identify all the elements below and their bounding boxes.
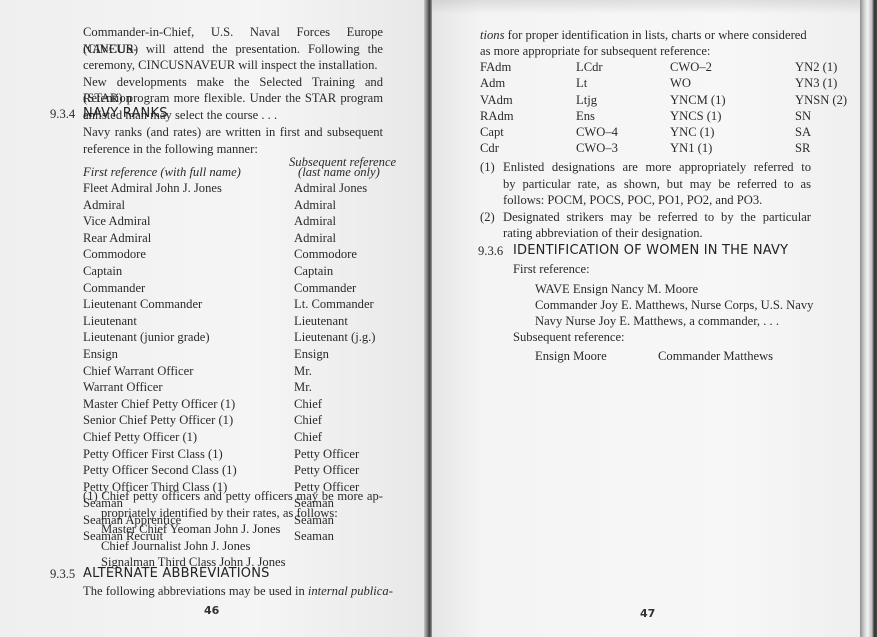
intro-line: NAVEUR) will attend the presentation. Fo…	[83, 41, 383, 58]
note-line: Designated strikers may be referred to b…	[503, 209, 811, 226]
abbreviation-cell: YN2 (1)	[795, 59, 837, 75]
abbreviation-cell: LCdr	[576, 59, 603, 75]
rank-subsequent-reference: Admiral	[294, 230, 336, 247]
section-body-line: Navy ranks (and rates) are written in fi…	[83, 124, 383, 141]
continuation-line: tions for proper identification in lists…	[480, 27, 807, 44]
section-title-navy-ranks: NAVY RANKS	[83, 106, 168, 123]
rank-subsequent-reference: Chief	[294, 412, 322, 429]
rank-first-reference: Ensign	[83, 346, 118, 363]
subsequent-subheader: (last name only)	[298, 164, 380, 181]
footnote-line: propriately identified by their rates, a…	[101, 505, 338, 522]
book-spread: Commander-in-Chief, U.S. Naval Forces Eu…	[0, 0, 877, 637]
rank-subsequent-reference: Lieutenant	[294, 313, 348, 330]
rank-subsequent-reference: Lieutenant (j.g.)	[294, 329, 375, 346]
abbreviation-cell: WO	[670, 75, 691, 91]
note-line: Enlisted designations are more appropria…	[503, 159, 811, 176]
rank-first-reference: Warrant Officer	[83, 379, 163, 396]
abbreviation-cell: SR	[795, 140, 810, 156]
section-number: 9.3.4	[50, 106, 75, 123]
rank-subsequent-reference: Seaman	[294, 528, 334, 545]
rank-subsequent-reference: Petty Officer	[294, 446, 359, 463]
continuation-italic: tions	[480, 28, 505, 42]
note-marker: (2)	[480, 209, 495, 226]
page-number: 46	[204, 604, 219, 617]
rank-first-reference: Rear Admiral	[83, 230, 151, 247]
book-edge	[860, 0, 877, 637]
footnote-line: (1) Chief petty officers and petty offic…	[83, 488, 383, 505]
rank-subsequent-reference: Petty Officer	[294, 462, 359, 479]
first-reference-example: Commander Joy E. Matthews, Nurse Corps, …	[535, 297, 813, 314]
section-number: 9.3.6	[478, 243, 503, 260]
abbreviation-cell: Adm	[480, 75, 505, 91]
note-line: by particular rate, as shown, but may be…	[503, 176, 811, 193]
abbreviation-cell: FAdm	[480, 59, 511, 75]
rank-subsequent-reference: Ensign	[294, 346, 329, 363]
rank-subsequent-reference: Mr.	[294, 379, 312, 396]
rank-first-reference: Vice Admiral	[83, 213, 150, 230]
rank-subsequent-reference: Commodore	[294, 246, 357, 263]
abbreviation-cell: CWO–2	[670, 59, 712, 75]
abbreviation-cell: YNCS (1)	[670, 108, 721, 124]
page-shadow	[432, 0, 860, 14]
first-reference-example: WAVE Ensign Nancy M. Moore	[535, 281, 698, 298]
abbreviation-cell: Capt	[480, 124, 504, 140]
abbreviation-cell: VAdm	[480, 92, 513, 108]
abbreviation-cell: SA	[795, 124, 811, 140]
rank-first-reference: Lieutenant Commander	[83, 296, 202, 313]
abbreviation-cell: Ltjg	[576, 92, 597, 108]
subsequent-reference-label: Subsequent reference:	[513, 329, 625, 346]
abbreviation-cell: YN3 (1)	[795, 75, 837, 91]
rank-first-reference: Lieutenant (junior grade)	[83, 329, 210, 346]
abbreviation-cell: RAdm	[480, 108, 514, 124]
rank-first-reference: Commodore	[83, 246, 146, 263]
rank-first-reference: Commander	[83, 280, 145, 297]
abbreviation-cell: YNSN (2)	[795, 92, 847, 108]
abbreviation-cell: YN1 (1)	[670, 140, 712, 156]
rank-first-reference: Master Chief Petty Officer (1)	[83, 396, 235, 413]
rank-first-reference: Admiral	[83, 197, 125, 214]
rank-first-reference: Chief Warrant Officer	[83, 363, 193, 380]
footnote-example: Chief Journalist John J. Jones	[101, 538, 250, 555]
first-reference-header: First reference (with full name)	[83, 164, 241, 181]
rank-subsequent-reference: Admiral	[294, 197, 336, 214]
note-line: follows: POCM, POCS, POC, PO1, PO2, and …	[503, 192, 762, 209]
subsequent-example: Commander Matthews	[658, 348, 773, 365]
rank-first-reference: Senior Chief Petty Officer (1)	[83, 412, 233, 429]
continuation-text: for proper identification in lists, char…	[505, 28, 807, 42]
rank-first-reference: Chief Petty Officer (1)	[83, 429, 197, 446]
rank-subsequent-reference: Mr.	[294, 363, 312, 380]
rank-first-reference: Petty Officer Second Class (1)	[83, 462, 237, 479]
subsequent-example: Ensign Moore	[535, 348, 607, 365]
intro-line: ceremony, CINCUSNAVEUR will inspect the …	[83, 57, 378, 74]
abbreviation-cell: Lt	[576, 75, 587, 91]
page-number: 47	[640, 607, 655, 620]
section-title-women-in-navy: IDENTIFICATION OF WOMEN IN THE NAVY	[513, 243, 788, 260]
note-line: rating abbreviation of their designation…	[503, 225, 703, 242]
section-body-line: The following abbreviations may be used …	[83, 583, 393, 600]
rank-subsequent-reference: Admiral	[294, 213, 336, 230]
abbreviation-cell: CWO–3	[576, 140, 618, 156]
abbreviation-cell: SN	[795, 108, 811, 124]
rank-subsequent-reference: Admiral Jones	[294, 180, 367, 197]
rank-subsequent-reference: Captain	[294, 263, 333, 280]
rank-subsequent-reference: Chief	[294, 396, 322, 413]
body-text-italic: internal publica-	[308, 584, 393, 598]
rank-first-reference: Captain	[83, 263, 122, 280]
abbreviation-cell: YNC (1)	[670, 124, 714, 140]
left-page: Commander-in-Chief, U.S. Naval Forces Eu…	[0, 0, 427, 637]
footnote-example: Master Chief Yeoman John J. Jones	[101, 521, 280, 538]
rank-first-reference: Lieutenant	[83, 313, 137, 330]
rank-subsequent-reference: Lt. Commander	[294, 296, 374, 313]
section-body-line: reference in the following manner:	[83, 141, 258, 158]
rank-first-reference: Petty Officer First Class (1)	[83, 446, 223, 463]
body-text: The following abbreviations may be used …	[83, 584, 308, 598]
abbreviation-cell: CWO–4	[576, 124, 618, 140]
rank-subsequent-reference: Commander	[294, 280, 356, 297]
abbreviation-cell: Cdr	[480, 140, 499, 156]
first-reference-label: First reference:	[513, 261, 590, 278]
section-title-alternate-abbreviations: ALTERNATE ABBREVIATIONS	[83, 566, 270, 583]
note-marker: (1)	[480, 159, 495, 176]
abbreviation-cell: YNCM (1)	[670, 92, 726, 108]
section-number: 9.3.5	[50, 566, 75, 583]
rank-first-reference: Fleet Admiral John J. Jones	[83, 180, 222, 197]
first-reference-example: Navy Nurse Joy E. Matthews, a commander,…	[535, 313, 779, 330]
abbreviation-cell: Ens	[576, 108, 595, 124]
continuation-line: as more appropriate for subsequent refer…	[480, 43, 710, 60]
rank-subsequent-reference: Chief	[294, 429, 322, 446]
